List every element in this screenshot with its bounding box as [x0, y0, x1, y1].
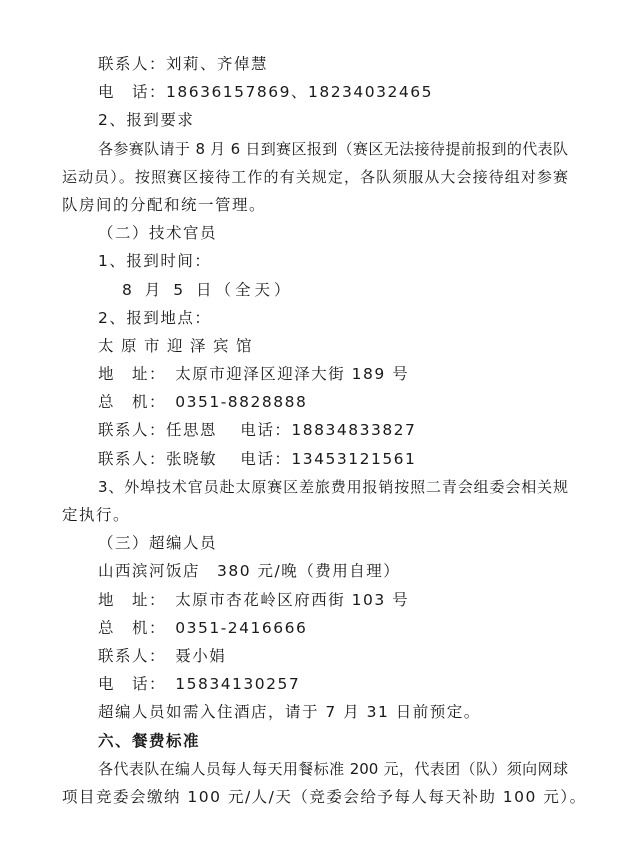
- text-line-paragraph-3b: 定执行。: [62, 501, 568, 529]
- text-line-hotel-name-2-price: 山西滨河饭店 380 元/晚（费用自理）: [62, 557, 568, 585]
- text-line-booking-deadline: 超编人员如需入住酒店，请于 7 月 31 日前预定。: [62, 698, 568, 726]
- document-body: 联系人：刘莉、齐倬慧 电 话：18636157869、18234032465 2…: [62, 50, 568, 811]
- text-line-checkin-requirements: 2、报到要求: [62, 106, 568, 134]
- text-line-paragraph-1b: 运动员）。按照赛区接待工作的有关规定，各队须服从大会接待组对参赛: [62, 163, 568, 191]
- text-line-checkin-place-label: 2、报到地点：: [62, 304, 568, 332]
- text-line-hotel-2-switchboard: 总 机： 0351-2416666: [62, 614, 568, 642]
- text-line-contact-phones: 电 话：18636157869、18234032465: [62, 78, 568, 106]
- text-line-hotel-name-1: 太原市迎泽宾馆: [62, 332, 568, 360]
- document-page: 联系人：刘莉、齐倬慧 电 话：18636157869、18234032465 2…: [0, 0, 626, 864]
- text-line-contact-nie-xiaojuan: 联系人： 聂小娟: [62, 642, 568, 670]
- text-line-hotel-1-switchboard: 总 机： 0351-8828888: [62, 388, 568, 416]
- text-line-checkin-date: 8 月 5 日（全天）: [62, 276, 568, 304]
- text-line-hotel-2-address: 地 址： 太原市杏花岭区府西街 103 号: [62, 586, 568, 614]
- text-line-contact-ren-sien: 联系人：任思恩 电话：18834833827: [62, 416, 568, 444]
- text-line-hotel-1-address: 地 址： 太原市迎泽区迎泽大街 189 号: [62, 360, 568, 388]
- text-line-meal-standard-heading: 六、餐费标准: [62, 727, 568, 755]
- text-line-section-2-heading: （二）技术官员: [62, 219, 568, 247]
- text-line-contact-nie-phone: 电 话： 15834130257: [62, 670, 568, 698]
- text-line-contact-zhang-xiaomin: 联系人：张晓敏 电话：13453121561: [62, 445, 568, 473]
- text-line-paragraph-6b: 项目竞委会缴纳 100 元/人/天（竞委会给予每人每天补助 100 元）。: [62, 783, 568, 811]
- text-line-paragraph-3a: 3、外埠技术官员赴太原赛区差旅费用报销按照二青会组委会相关规: [62, 473, 568, 501]
- text-line-checkin-time-label: 1、报到时间：: [62, 247, 568, 275]
- text-line-paragraph-1a: 各参赛队请于 8 月 6 日到赛区报到（赛区无法接待提前报到的代表队: [62, 135, 568, 163]
- text-line-paragraph-6a: 各代表队在编人员每人每天用餐标准 200 元，代表团（队）须向网球: [62, 755, 568, 783]
- text-line-contact-names: 联系人：刘莉、齐倬慧: [62, 50, 568, 78]
- text-line-paragraph-1c: 队房间的分配和统一管理。: [62, 191, 568, 219]
- text-line-section-3-heading: （三）超编人员: [62, 529, 568, 557]
